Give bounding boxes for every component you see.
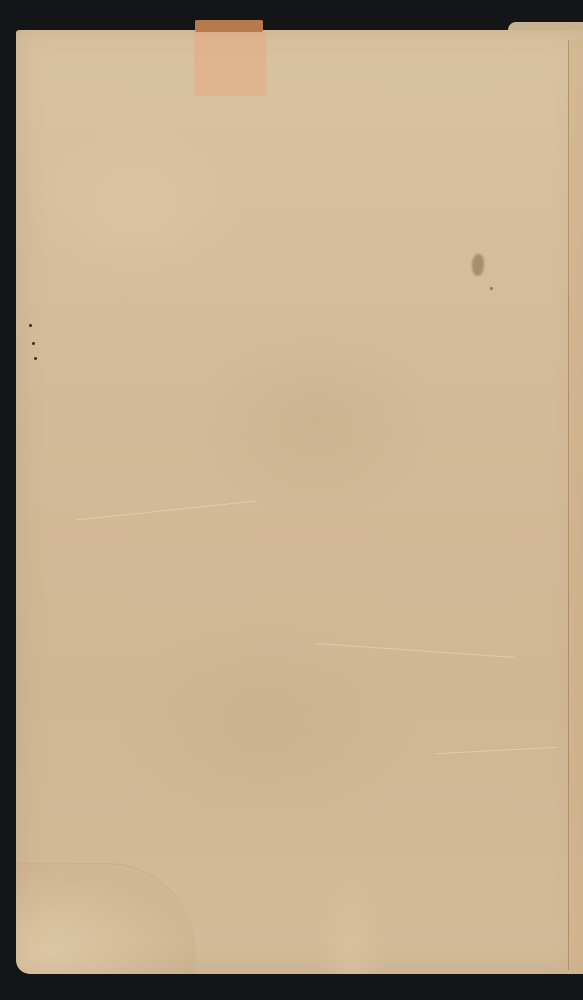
crease xyxy=(436,747,556,754)
water-stain xyxy=(16,863,196,974)
fold-line xyxy=(568,40,569,970)
speck xyxy=(34,357,37,360)
crease xyxy=(316,643,516,658)
speck xyxy=(32,342,35,345)
ink-blot xyxy=(472,254,484,276)
water-stain xyxy=(316,854,386,974)
label-tab xyxy=(195,20,263,32)
crease xyxy=(76,501,255,521)
label-stain xyxy=(194,30,266,96)
speck xyxy=(29,324,32,327)
binding-strip xyxy=(569,40,583,974)
ink-speck xyxy=(490,287,493,290)
paper-page xyxy=(16,30,583,974)
